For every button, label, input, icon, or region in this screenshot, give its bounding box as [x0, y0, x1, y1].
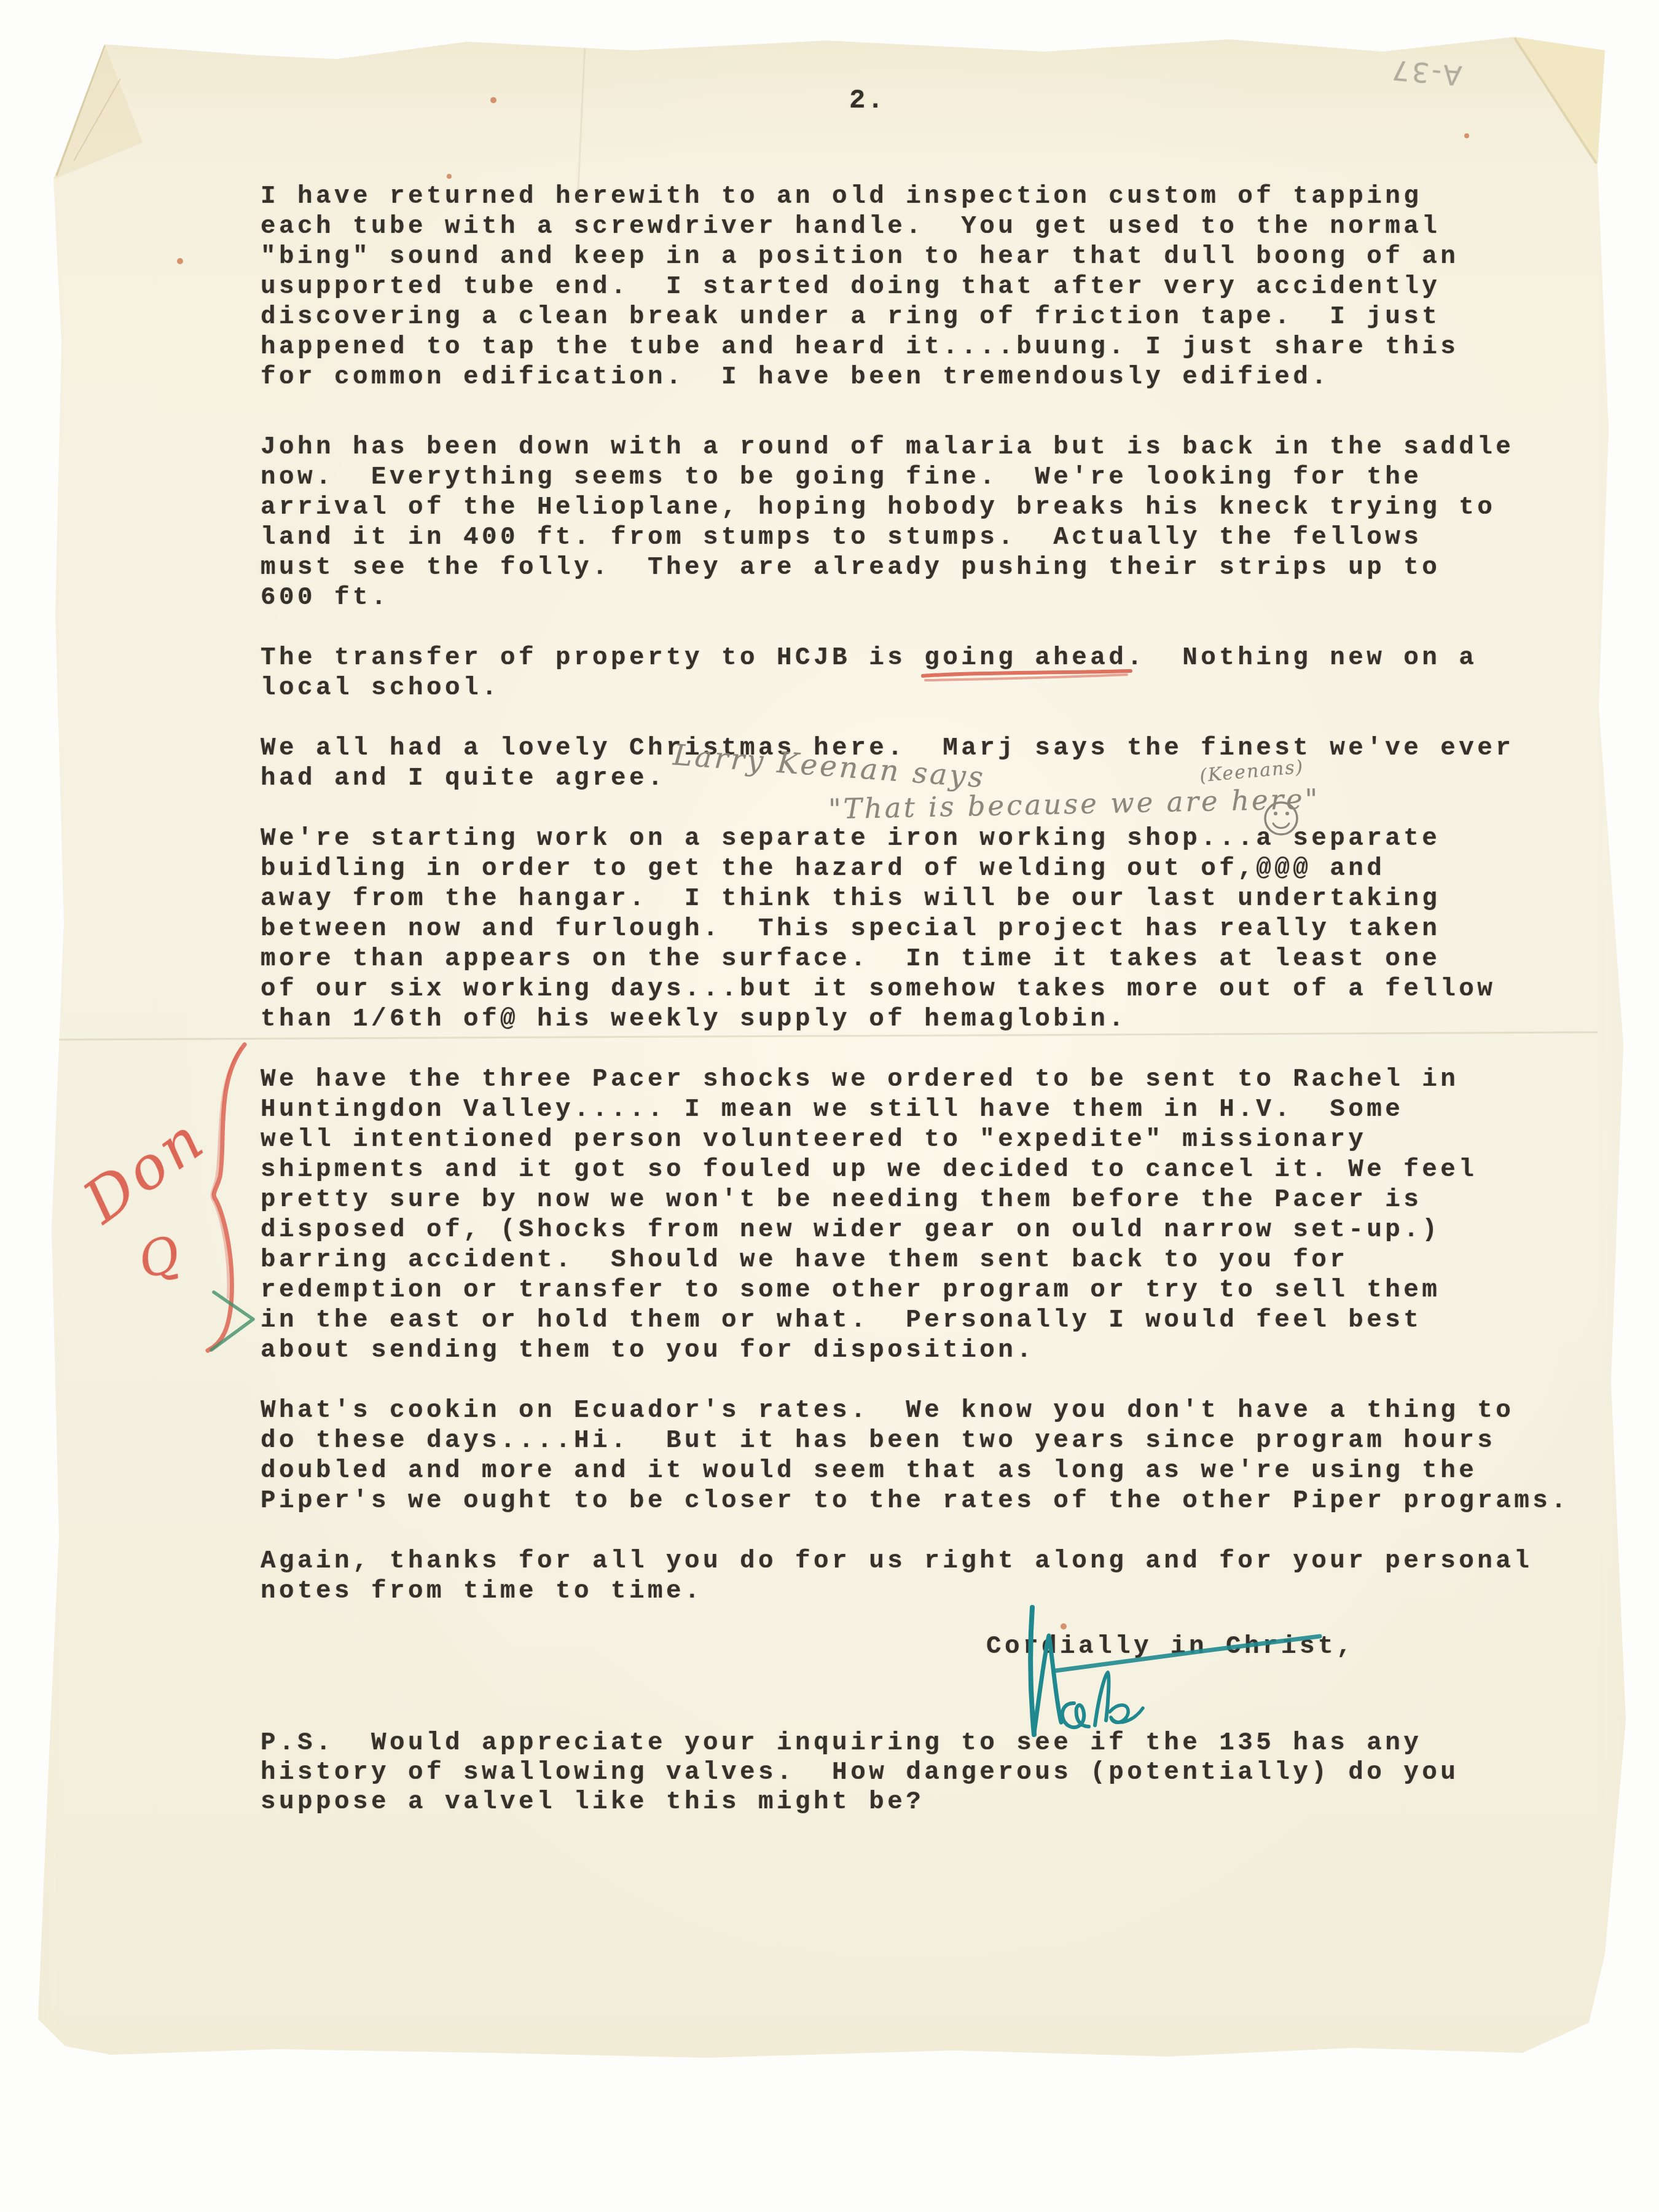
- fold-crease-top: [578, 44, 585, 203]
- typed-line: John has been down with a round of malar…: [261, 433, 1514, 463]
- typed-line: notes from time to time.: [261, 1577, 1532, 1607]
- signature-nate: [1030, 1607, 1320, 1735]
- green-chevron: [211, 1292, 253, 1350]
- typed-line: buidling in order to get the hazard of w…: [261, 854, 1496, 884]
- typed-line: shipments and it got so fouled up we dec…: [261, 1155, 1477, 1185]
- typed-line: between now and furlough. This special p…: [261, 914, 1496, 944]
- page-number: 2.: [849, 86, 885, 116]
- typed-line: Piper's we ought to be closer to the rat…: [261, 1486, 1569, 1516]
- typed-line: I have returned herewith to an old inspe…: [261, 182, 1459, 212]
- typed-line: usupported tube end. I started doing tha…: [261, 272, 1459, 302]
- typed-line: local school.: [261, 673, 1477, 704]
- typed-line: discovering a clean break under a ring o…: [261, 302, 1459, 332]
- paragraph-8: Again, thanks for all you do for us righ…: [261, 1547, 1532, 1607]
- pencil-corner-note: A-37: [1389, 53, 1463, 91]
- typed-line: suppose a valvel like this might be?: [261, 1787, 1459, 1817]
- typed-line: arrival of the Helioplane, hoping hobody…: [261, 493, 1514, 523]
- typed-line: barring accident. Should we have them se…: [261, 1245, 1477, 1276]
- typed-line: P.S. Would appreciate your inquiring to …: [261, 1728, 1459, 1758]
- paragraph-3: The transfer of property to HCJB is goin…: [261, 643, 1477, 704]
- paragraph-1: I have returned herewith to an old inspe…: [261, 182, 1459, 393]
- typed-line: well intentioned person volunteered to "…: [261, 1125, 1477, 1155]
- typed-line: redemption or transfer to some other pro…: [261, 1276, 1477, 1306]
- paragraph-7: What's cookin on Ecuador's rates. We kno…: [261, 1396, 1569, 1516]
- typed-line: land it in 400 ft. from stumps to stumps…: [261, 523, 1514, 553]
- typed-line: away from the hangar. I think this will …: [261, 884, 1496, 914]
- typed-line: in the east or hold them or what. Person…: [261, 1306, 1477, 1336]
- typed-line: 600 ft.: [261, 583, 1514, 613]
- paragraph-5: We're starting work on a separate iron w…: [261, 824, 1496, 1035]
- typed-line: "bing" sound and keep in a position to h…: [261, 242, 1459, 272]
- letter-paper: 2. A-37 I have returned herewith to an o…: [0, 0, 1659, 2212]
- closing-line: Cordially in Christ,: [986, 1632, 1355, 1662]
- typed-line: than 1/6th of@ his weekly supply of hema…: [261, 1005, 1496, 1035]
- typed-line: disposed of, (Shocks from new wider gear…: [261, 1215, 1477, 1245]
- typed-line: We have the three Pacer shocks we ordere…: [261, 1065, 1477, 1095]
- typed-line: history of swallowing valves. How danger…: [261, 1758, 1459, 1787]
- margin-initial-q: Q: [133, 1225, 186, 1290]
- typed-line: Again, thanks for all you do for us righ…: [261, 1547, 1532, 1577]
- typed-line: of our six working days...but it somehow…: [261, 975, 1496, 1005]
- typed-line: We're starting work on a separate iron w…: [261, 824, 1496, 854]
- typed-line: pretty sure by now we won't be needing t…: [261, 1185, 1477, 1215]
- typed-line: now. Everything seems to be going fine. …: [261, 463, 1514, 493]
- typed-line: must see the folly. They are already pus…: [261, 553, 1514, 583]
- typed-line: more than appears on the surface. In tim…: [261, 944, 1496, 975]
- red-margin-brace: [208, 1045, 245, 1351]
- typed-line: happened to tap the tube and heard it...…: [261, 332, 1459, 363]
- typed-line: do these days....Hi. But it has been two…: [261, 1426, 1569, 1456]
- typed-line: about sending them to you for dispositio…: [261, 1336, 1477, 1366]
- paragraph-2: John has been down with a round of malar…: [261, 433, 1514, 613]
- margin-name-don: Don: [71, 1104, 218, 1237]
- paragraph-6: We have the three Pacer shocks we ordere…: [261, 1065, 1477, 1366]
- typed-line: What's cookin on Ecuador's rates. We kno…: [261, 1396, 1569, 1426]
- typed-line: for common edification. I have been trem…: [261, 363, 1459, 393]
- folded-corner-top-left: [53, 44, 143, 179]
- scanned-letter-page: { "page": { "number": "2.", "corner_note…: [0, 0, 1659, 2212]
- typed-line: Huntingdon Valley..... I mean we still h…: [261, 1095, 1477, 1125]
- folded-corner-top-right: [1515, 37, 1605, 165]
- typed-line: each tube with a screwdriver handle. You…: [261, 212, 1459, 242]
- postscript: P.S. Would appreciate your inquiring to …: [261, 1728, 1459, 1817]
- typed-line: doubled and more and it would seem that …: [261, 1456, 1569, 1486]
- typed-line: The transfer of property to HCJB is goin…: [261, 643, 1477, 673]
